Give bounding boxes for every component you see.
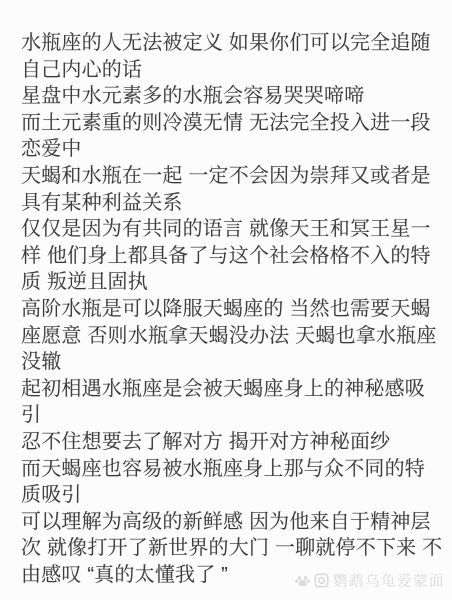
text-line: 次 就像打开了新世界的大门 一聊就停不下来 不 (21, 535, 442, 562)
article-text: 水瓶座的人无法被定义 如果你们可以完全追随 自己内心的话 星盘中水元素多的水瓶会… (21, 30, 442, 588)
text-line: 而天蝎座也容易被水瓶座身上那与众不同的特 (21, 456, 442, 483)
text-line: 起初相遇水瓶座是会被天蝎座身上的神秘感吸 (21, 376, 442, 403)
text-line: 具有某种利益关系 (21, 190, 442, 217)
text-line: 质吸引 (21, 482, 442, 509)
text-line: 水瓶座的人无法被定义 如果你们可以完全追随 (21, 30, 442, 57)
note-page: 水瓶座的人无法被定义 如果你们可以完全追随 自己内心的话 星盘中水元素多的水瓶会… (0, 0, 452, 600)
text-line: 高阶水瓶是可以降服天蝎座的 当然也需要天蝎 (21, 296, 442, 323)
text-line: 可以理解为高级的新鲜感 因为他来自于精神层 (21, 509, 442, 536)
text-line: 样 他们身上都具备了与这个社会格格不入的特 (21, 243, 442, 270)
text-line: 恋爱中 (21, 136, 442, 163)
avatar-icon (314, 573, 329, 588)
text-line: 忍不住想要去了解对方 揭开对方神秘面纱 (21, 429, 442, 456)
text-line: 自己内心的话 (21, 57, 442, 84)
text-line: 而土元素重的则冷漠无情 无法完全投入进一段 (21, 110, 442, 137)
text-line: 质 叛逆且固执 (21, 269, 442, 296)
text-line: 星盘中水元素多的水瓶会容易哭哭啼啼 (21, 83, 442, 110)
watermark-text: 鹦鹉乌龟爱蒙面 (333, 570, 445, 591)
text-line: 仅仅是因为有共同的语言 就像天王和冥王星一 (21, 216, 442, 243)
paw-icon (295, 573, 310, 588)
text-line: 引 (21, 402, 442, 429)
text-line: 没辙 (21, 349, 442, 376)
text-line: 天蝎和水瓶在一起 一定不会因为崇拜又或者是 (21, 163, 442, 190)
watermark: 鹦鹉乌龟爱蒙面 (295, 570, 445, 591)
text-line: 座愿意 否则水瓶拿天蝎没办法 天蝎也拿水瓶座 (21, 323, 442, 350)
